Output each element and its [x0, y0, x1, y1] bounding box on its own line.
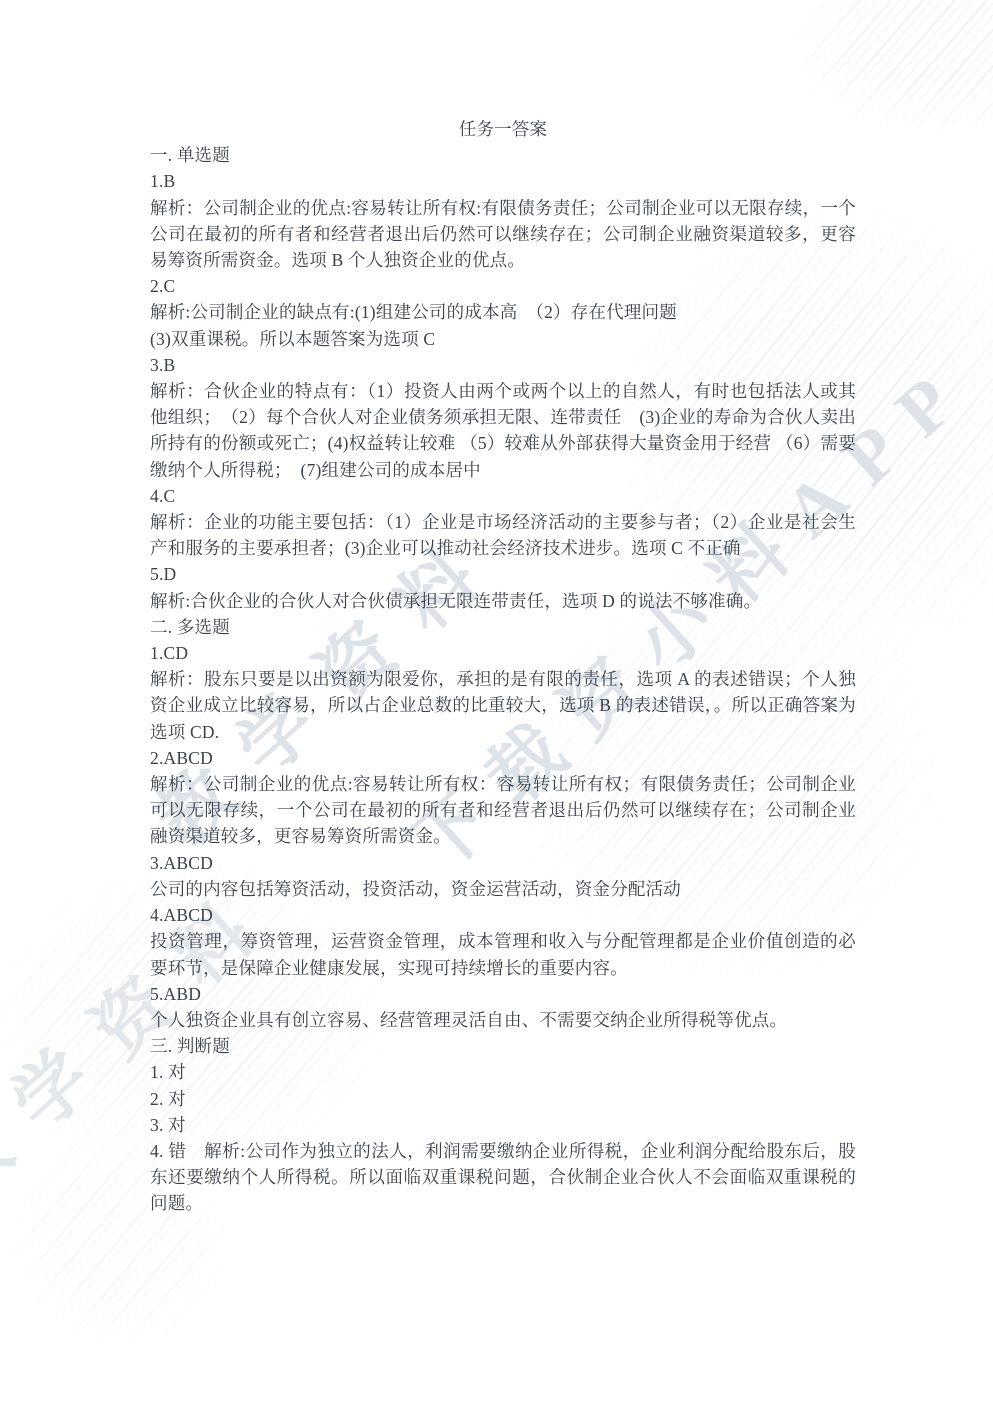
answer-line: 2.ABCD	[150, 745, 856, 771]
page-title: 任务一答案	[150, 116, 856, 142]
explanation-paragraph: 解析:合伙企业的合伙人对合伙债承担无限连带责任，选项 D 的说法不够准确。	[150, 588, 856, 614]
explanation-paragraph: 解析：公司制企业的优点:容易转让所有权：容易转让所有权；有限债务责任；公司制企业…	[150, 771, 856, 850]
answer-line: 1.B	[150, 168, 856, 194]
answer-line: 2.C	[150, 273, 856, 299]
answer-line: 1.CD	[150, 640, 856, 666]
explanation-paragraph: 解析：公司制企业的优点:容易转让所有权:有限债务责任；公司制企业可以无限存续，一…	[150, 195, 856, 274]
answer-line: 3.B	[150, 352, 856, 378]
answer-line: 4.ABCD	[150, 902, 856, 928]
answer-line: 3. 对	[150, 1112, 856, 1138]
explanation-paragraph: 解析：股东只要是以出资额为限爱你，承担的是有限的责任，选项 A 的表述错误；个人…	[150, 666, 856, 745]
answer-line: 4.C	[150, 483, 856, 509]
explanation-paragraph: 投资管理，筹资管理，运营资金管理，成本管理和收入与分配管理都是企业价值创造的必要…	[150, 928, 856, 980]
answer-line: 3.ABCD	[150, 850, 856, 876]
explanation-paragraph: 解析：企业的功能主要包括：（1）企业是市场经济活动的主要参与者；（2）企业是社会…	[150, 509, 856, 561]
answer-blocks: 一. 单选题1.B解析：公司制企业的优点:容易转让所有权:有限债务责任；公司制企…	[150, 142, 856, 1216]
document-page: 教学资料下载资小料APP教学资料 任务一答案 一. 单选题1.B解析：公司制企业…	[0, 0, 993, 1404]
answer-line: 5.ABD	[150, 981, 856, 1007]
explanation-paragraph: 解析:公司制企业的缺点有:(1)组建公司的成本高 （2）存在代理问题 (3)双重…	[150, 299, 856, 351]
explanation-paragraph: 公司的内容包括筹资活动，投资活动，资金运营活动，资金分配活动	[150, 876, 856, 902]
answer-line: 1. 对	[150, 1059, 856, 1085]
section-heading: 三. 判断题	[150, 1033, 856, 1059]
explanation-paragraph: 4. 错 解析:公司作为独立的法人，利润需要缴纳企业所得税，企业利润分配给股东后…	[150, 1138, 856, 1217]
explanation-paragraph: 解析：合伙企业的特点有：（1）投资人由两个或两个以上的自然人，有时也包括法人或其…	[150, 378, 856, 483]
explanation-paragraph: 个人独资企业具有创立容易、经营管理灵活自由、不需要交纳企业所得税等优点。	[150, 1007, 856, 1033]
section-heading: 一. 单选题	[150, 142, 856, 168]
document-content: 任务一答案 一. 单选题1.B解析：公司制企业的优点:容易转让所有权:有限债务责…	[150, 116, 856, 1217]
section-heading: 二. 多选题	[150, 614, 856, 640]
answer-line: 2. 对	[150, 1086, 856, 1112]
answer-line: 5.D	[150, 561, 856, 587]
